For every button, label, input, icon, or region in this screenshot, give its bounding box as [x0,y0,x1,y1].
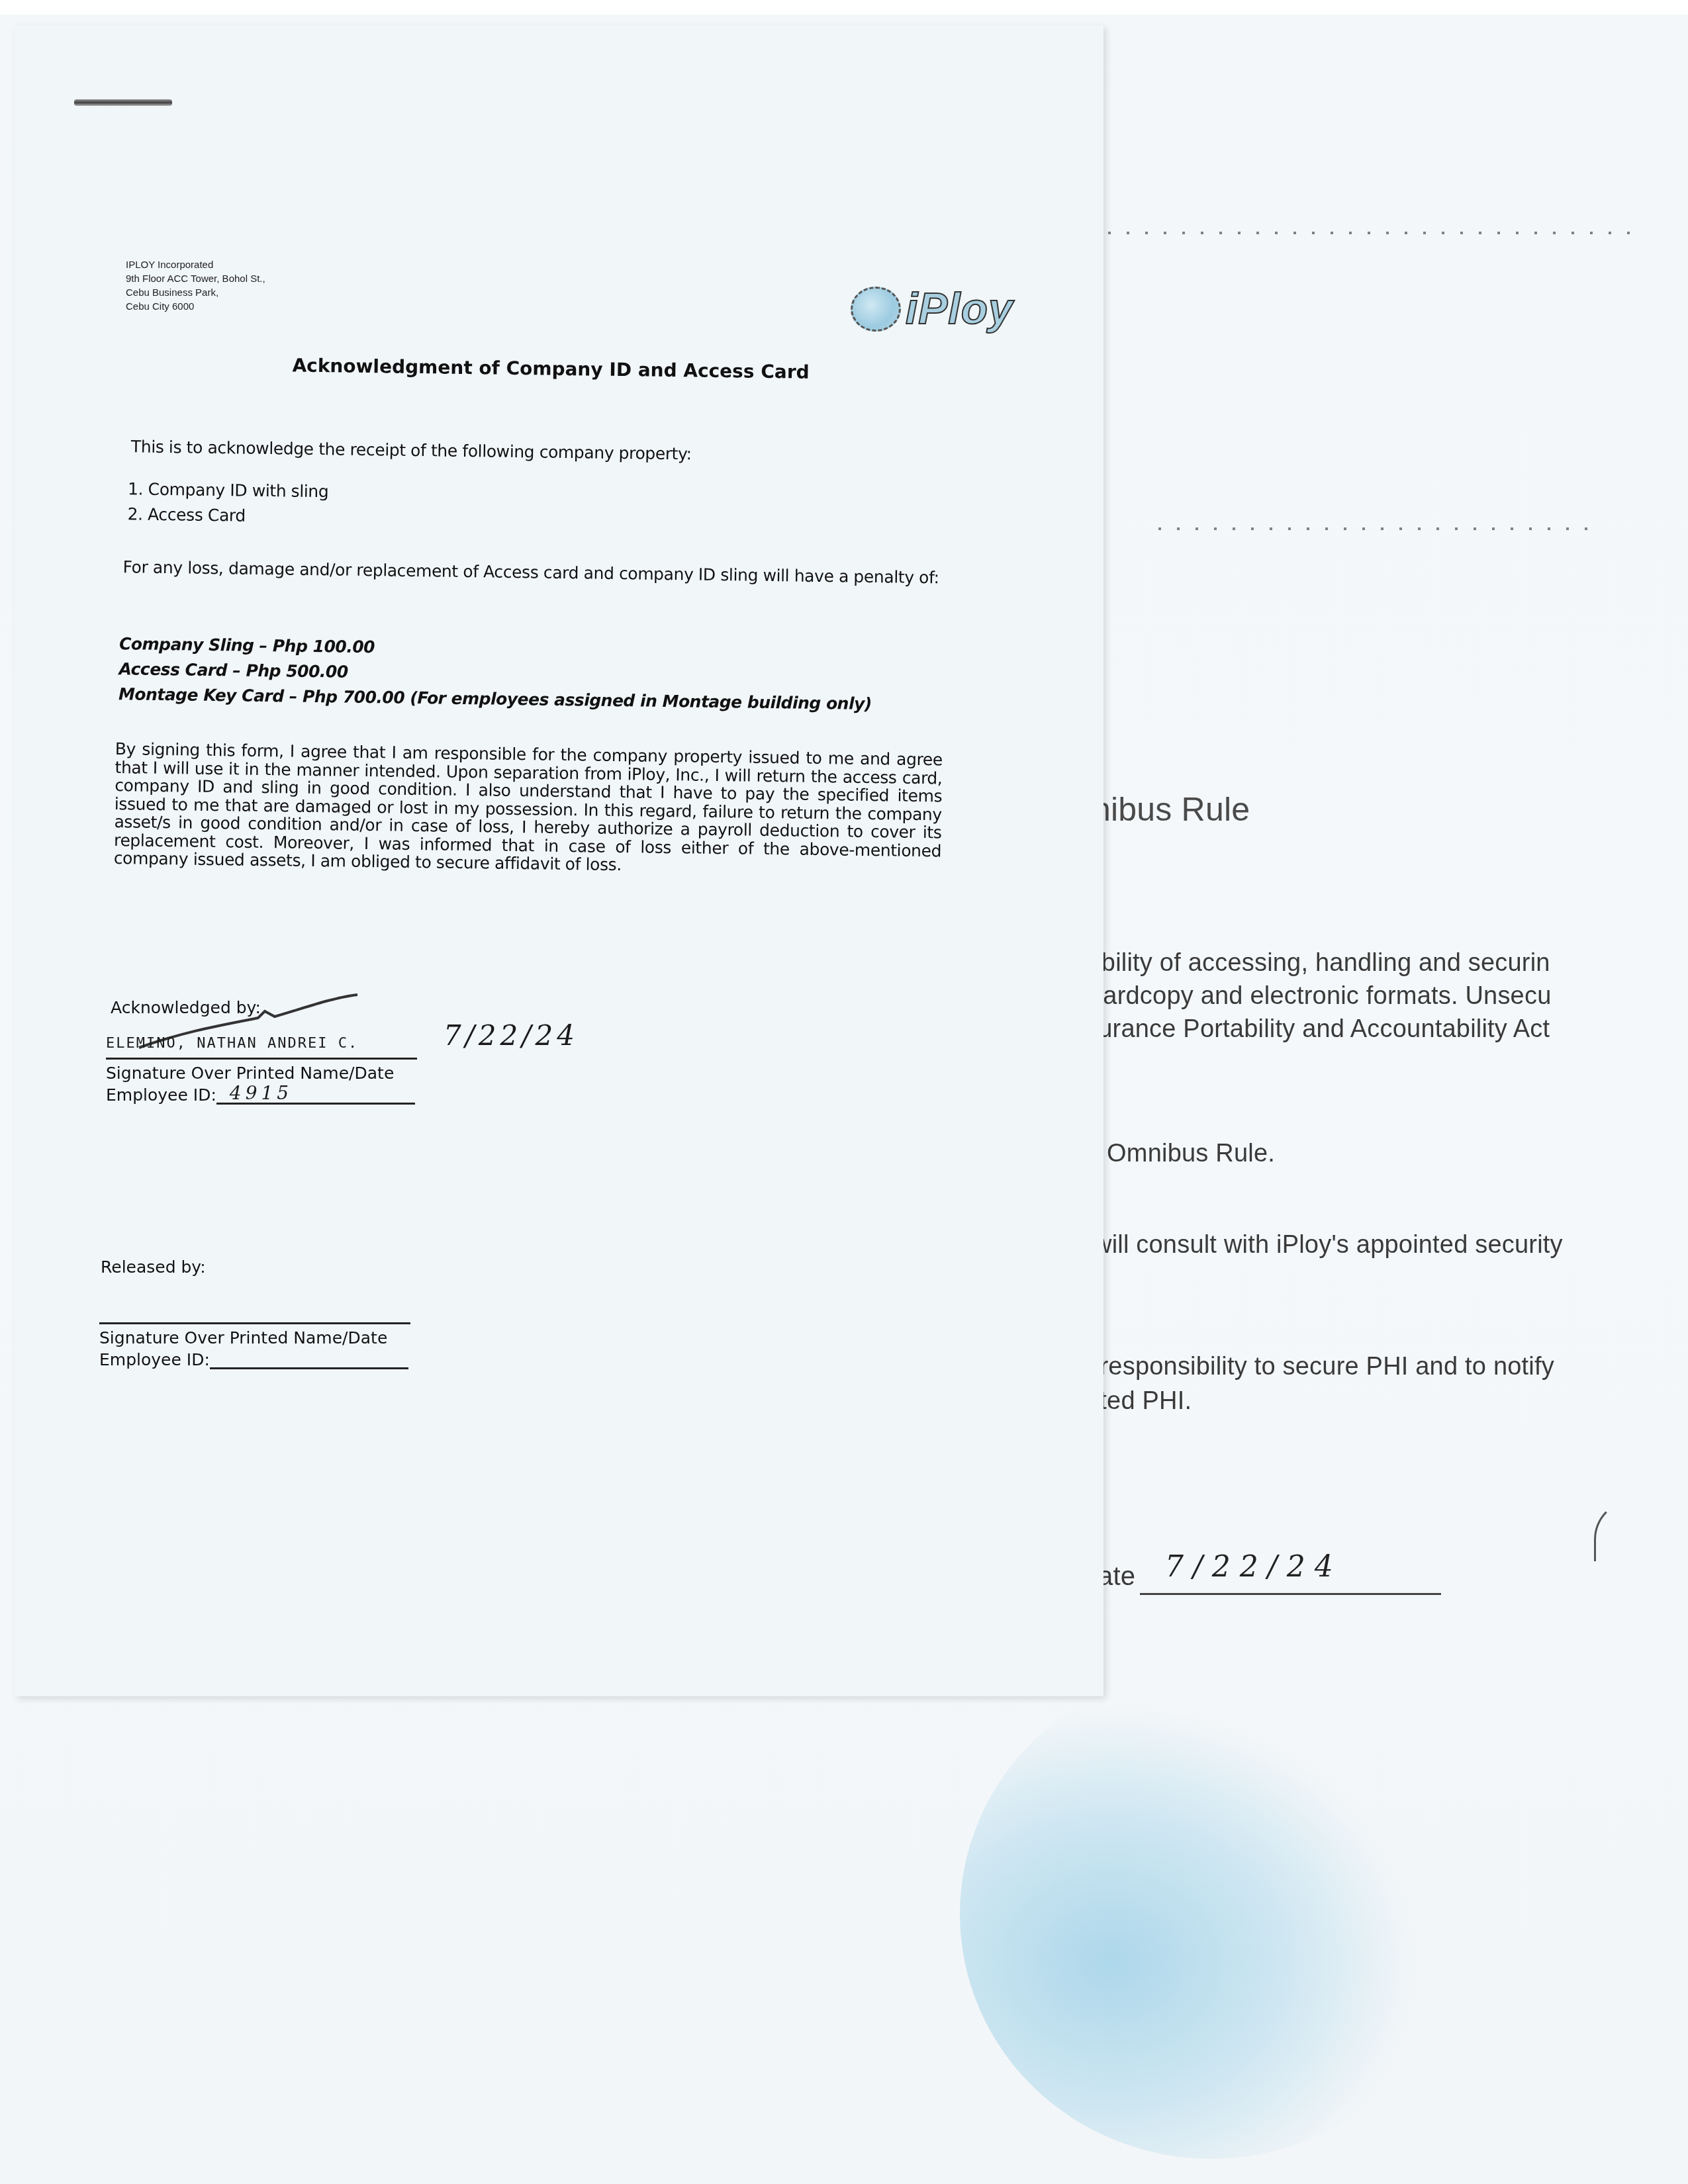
printed-name: ELEMINO, NATHAN ANDREI C. [106,1035,358,1052]
signature-line[interactable] [99,1322,410,1324]
address-line: IPLOY Incorporated [126,258,265,272]
logo-wordmark: iPloy [906,283,1013,334]
acknowledged-signature-block: ELEMINO, NATHAN ANDREI C. 7/22/24 Signat… [106,1058,516,1105]
released-by-label: Released by: [101,1257,206,1277]
underlying-line: hardcopy and electronic formats. Unsecu [1089,982,1551,1011]
signature-caption: Signature Over Printed Name/Date [106,1064,516,1083]
employee-id-label: Employee ID: [99,1350,210,1369]
underlying-line: e Omnibus Rule. [1086,1140,1275,1168]
underlying-line: / responsibility to secure PHI and to no… [1086,1353,1554,1381]
underlying-line: surance Portability and Accountability A… [1086,1015,1550,1044]
employee-id-field[interactable] [210,1350,408,1369]
fee-line: Access Card – Php 500.00 [118,659,348,682]
address-line: Cebu Business Park, [126,286,265,300]
released-signature-block: Signature Over Printed Name/Date Employe… [99,1322,510,1369]
underlying-line: sibility of accessing, handling and secu… [1083,949,1550,978]
scan-specks [1158,527,1589,530]
underlying-line: will consult with iPloy's appointed secu… [1094,1231,1563,1259]
property-item: 1. Company ID with sling [128,479,329,501]
acknowledgment-form-sheet: IPLOY Incorporated 9th Floor ACC Tower, … [15,25,1103,1696]
address-line: 9th Floor ACC Tower, Bohol St., [126,272,265,286]
fee-line: Company Sling – Php 100.00 [119,634,375,657]
staple-icon [74,99,172,106]
property-item: 2. Access Card [127,504,246,525]
signature-caption: Signature Over Printed Name/Date [99,1328,510,1347]
employee-id-label: Employee ID: [106,1085,216,1105]
employee-id-row: Employee ID: [99,1350,510,1369]
iploy-logo: iPloy [847,283,1019,343]
employee-id-value: 4915 [230,1082,293,1104]
company-address: IPLOY Incorporated 9th Floor ACC Tower, … [126,258,265,314]
fee-line: Montage Key Card – Php 700.00 (For emplo… [118,684,872,713]
penalty-intro: For any loss, damage and/or replacement … [122,556,957,589]
underlying-heading: nibus Rule [1092,790,1250,829]
employee-id-field[interactable]: 4915 [216,1085,415,1105]
handwritten-date: 7/22/24 [1165,1550,1342,1584]
form-body: Acknowledgment of Company ID and Access … [114,343,961,354]
intro-text: This is to acknowledge the receipt of th… [131,437,692,463]
signature-date: 7/22/24 [444,1019,579,1052]
globe-watermark-icon [960,1669,1463,2159]
date-field-line [1140,1593,1441,1595]
employee-id-row: Employee ID:4915 [106,1085,516,1105]
agreement-paragraph: By signing this form, I agree that I am … [114,740,943,878]
address-line: Cebu City 6000 [126,300,265,314]
pen-mark [1594,1500,1636,1561]
scan-specks [1053,232,1635,234]
form-title: Acknowledgment of Company ID and Access … [292,355,809,383]
signature-line[interactable] [106,1058,417,1060]
globe-logo-icon [851,287,901,332]
